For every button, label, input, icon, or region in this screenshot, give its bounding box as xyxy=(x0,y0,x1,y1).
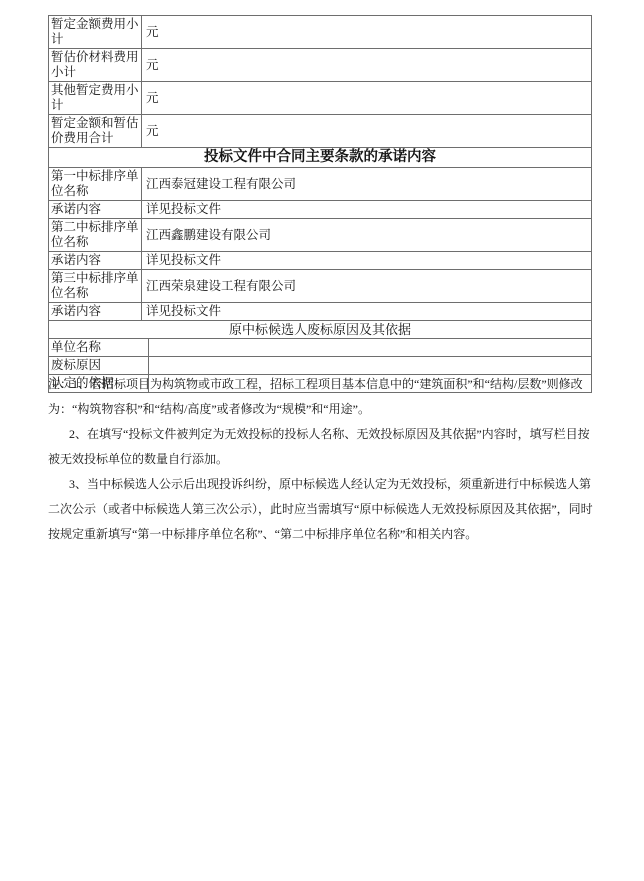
row-commitment-3: 承诺内容 详见投标文件 xyxy=(49,303,591,321)
row-other-provisional-subtotal: 其他暂定费用小计 元 xyxy=(49,82,591,115)
row-label: 暂估价材料费用小计 xyxy=(49,49,142,81)
row-label: 承诺内容 xyxy=(49,201,142,218)
row-label: 第二中标排序单位名称 xyxy=(49,219,142,251)
row-first-winner-name: 第一中标排序单位名称 江西泰冠建设工程有限公司 xyxy=(49,168,591,201)
note-3: 3、当中标候选人公示后出现投诉纠纷，原中标候选人经认定为无效投标，须重新进行中标… xyxy=(48,472,593,547)
row-label: 承诺内容 xyxy=(49,252,142,269)
row-value xyxy=(149,339,591,356)
row-label: 单位名称 xyxy=(49,339,149,356)
note-1: 注：1、若招标项目为构筑物或市政工程，招标工程项目基本信息中的“建筑面积”和“结… xyxy=(48,372,593,422)
document-page: 暂定金额费用小计 元 暂估价材料费用小计 元 其他暂定费用小计 元 暂定金额和暂… xyxy=(0,0,644,881)
row-provisional-material-subtotal: 暂估价材料费用小计 元 xyxy=(49,49,591,82)
row-provisional-total: 暂定金额和暂估价费用合计 元 xyxy=(49,115,591,148)
row-value: 详见投标文件 xyxy=(142,303,591,320)
row-value: 元 xyxy=(142,49,591,81)
section-header-contract-commitments: 投标文件中合同主要条款的承诺内容 xyxy=(49,148,591,168)
row-value: 江西鑫鹏建设有限公司 xyxy=(142,219,591,251)
row-label: 暂定金额费用小计 xyxy=(49,16,142,48)
row-second-winner-name: 第二中标排序单位名称 江西鑫鹏建设有限公司 xyxy=(49,219,591,252)
row-value: 元 xyxy=(142,82,591,114)
note-2: 2、在填写“投标文件被判定为无效投标的投标人名称、无效投标原因及其依据”内容时，… xyxy=(48,422,593,472)
row-value: 详见投标文件 xyxy=(142,201,591,218)
row-unit-name: 单位名称 xyxy=(49,339,591,357)
row-label: 第三中标排序单位名称 xyxy=(49,270,142,302)
row-label: 第一中标排序单位名称 xyxy=(49,168,142,200)
row-value: 详见投标文件 xyxy=(142,252,591,269)
row-value: 元 xyxy=(142,115,591,147)
row-label: 其他暂定费用小计 xyxy=(49,82,142,114)
row-value: 江西泰冠建设工程有限公司 xyxy=(142,168,591,200)
row-value: 江西荣泉建设工程有限公司 xyxy=(142,270,591,302)
row-third-winner-name: 第三中标排序单位名称 江西荣泉建设工程有限公司 xyxy=(49,270,591,303)
row-label: 承诺内容 xyxy=(49,303,142,320)
row-commitment-1: 承诺内容 详见投标文件 xyxy=(49,201,591,219)
row-provisional-amount-subtotal: 暂定金额费用小计 元 xyxy=(49,16,591,49)
row-value: 元 xyxy=(142,16,591,48)
row-commitment-2: 承诺内容 详见投标文件 xyxy=(49,252,591,270)
bid-result-table: 暂定金额费用小计 元 暂估价材料费用小计 元 其他暂定费用小计 元 暂定金额和暂… xyxy=(48,15,592,393)
row-label: 暂定金额和暂估价费用合计 xyxy=(49,115,142,147)
notes: 注：1、若招标项目为构筑物或市政工程，招标工程项目基本信息中的“建筑面积”和“结… xyxy=(48,372,593,547)
section-header-rejection-reasons: 原中标候选人废标原因及其依据 xyxy=(49,321,591,339)
